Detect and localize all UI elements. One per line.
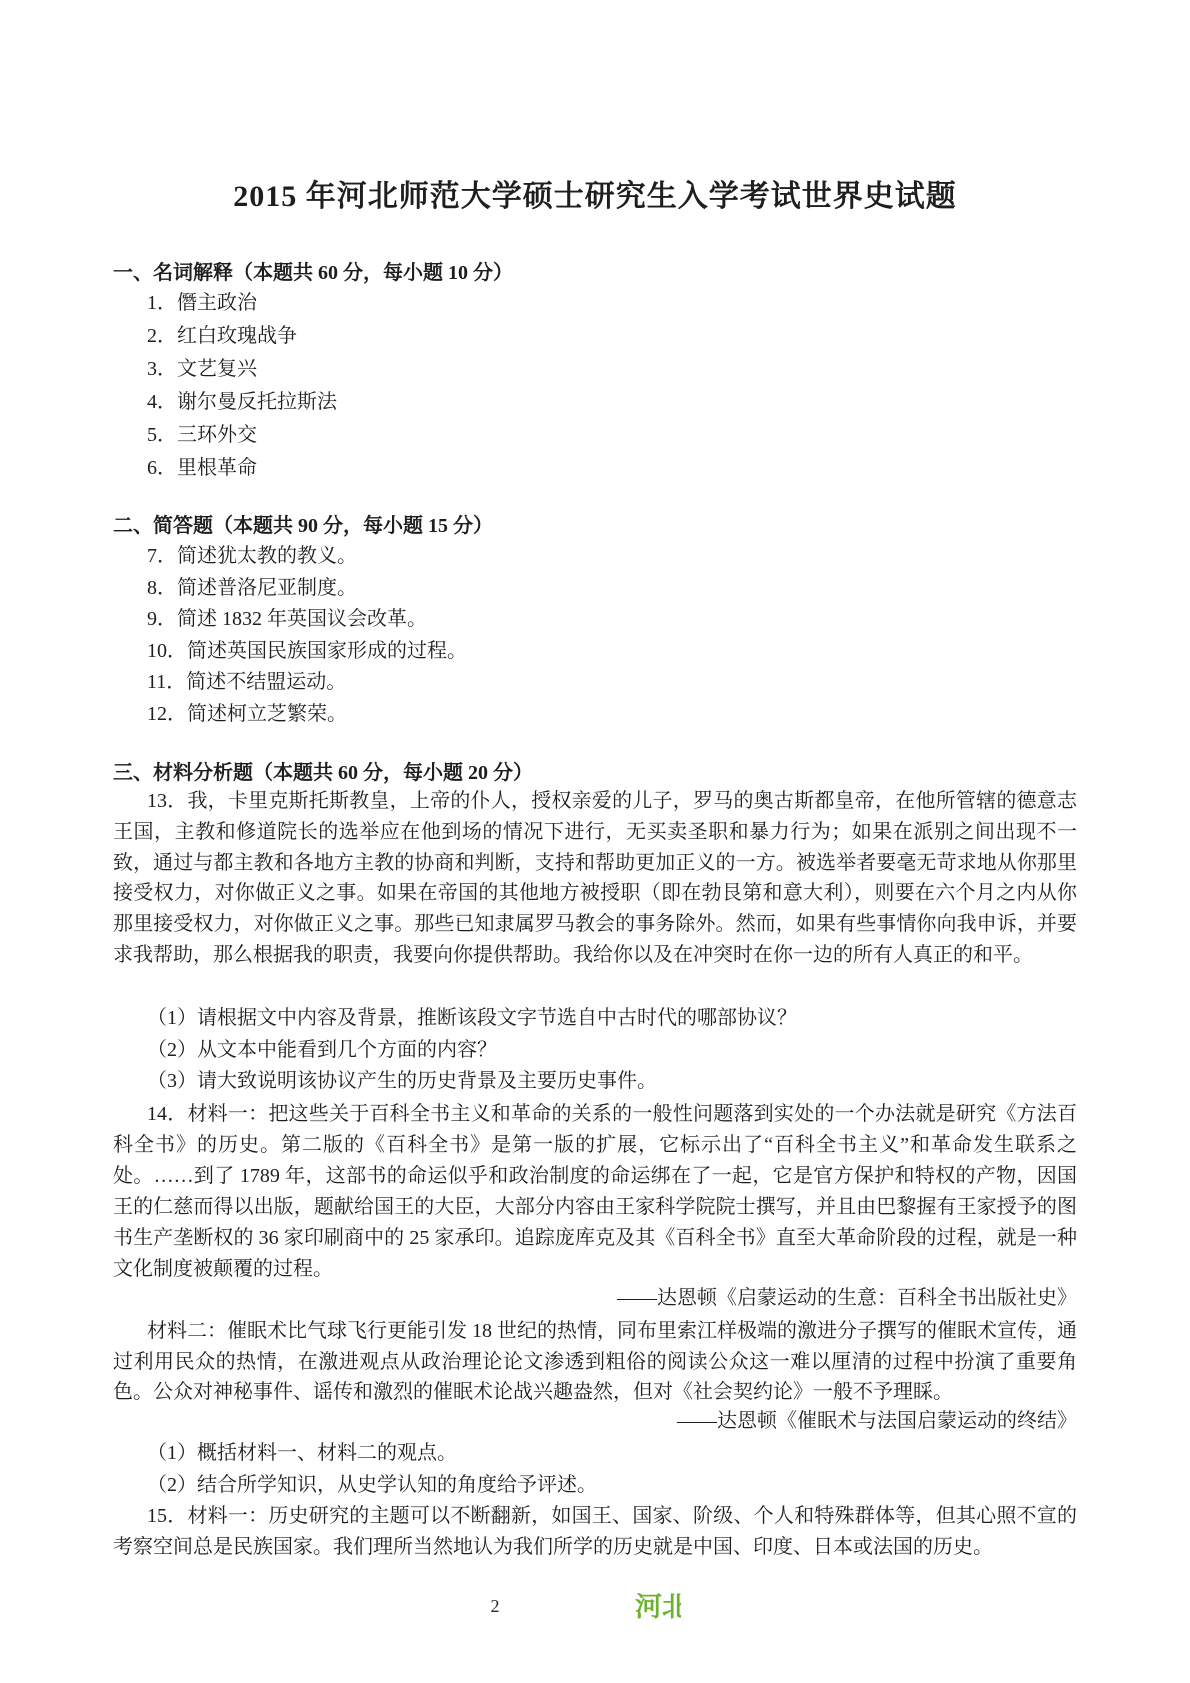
- page-title: 2015 年河北师范大学硕士研究生入学考试世界史试题: [0, 171, 1190, 215]
- page-number: 2: [435, 1596, 555, 1617]
- section-heading-short-answer: 二、简答题（本题共 90 分，每小题 15 分）: [113, 511, 1077, 542]
- question-14-material-2: 材料二：催眠术比气球飞行更能引发 18 世纪的热情，同布里索江样极端的激进分子撰…: [113, 1316, 1077, 1408]
- question-14-sub-2: （2）结合所学知识，从史学认知的角度给予评述。: [147, 1470, 1077, 1502]
- short-answer-item-9: 9．简述 1832 年英国议会改革。: [147, 604, 1077, 636]
- term-item-4: 4．谢尔曼反托拉斯法: [147, 386, 1077, 419]
- question-13-subquestions: （1）请根据文中内容及背景，推断该段文字节选自中古时代的哪部协议？ （2）从文本…: [113, 1003, 1077, 1098]
- watermark-text: 河北: [635, 1591, 681, 1625]
- section-heading-terms: 一、名词解释（本题共 60 分，每小题 10 分）: [113, 258, 1077, 289]
- short-answer-list: 7．简述犹太教的教义。 8．简述普洛尼亚制度。 9．简述 1832 年英国议会改…: [113, 541, 1077, 731]
- question-13-passage: 13．我，卡里克斯托斯教皇，上帝的仆人，授权亲爱的儿子，罗马的奥古斯都皇帝，在他…: [113, 786, 1077, 971]
- term-item-5: 5．三环外交: [147, 419, 1077, 452]
- term-item-2: 2．红白玫瑰战争: [147, 320, 1077, 353]
- question-13-sub-1: （1）请根据文中内容及背景，推断该段文字节选自中古时代的哪部协议？: [147, 1003, 1077, 1035]
- short-answer-item-11: 11．简述不结盟运动。: [147, 667, 1077, 699]
- question-13-sub-3: （3）请大致说明该协议产生的历史背景及主要历史事件。: [147, 1066, 1077, 1098]
- short-answer-item-8: 8．简述普洛尼亚制度。: [147, 573, 1077, 605]
- question-14-source-1: ——达恩顿《启蒙运动的生意：百科全书出版社史》: [113, 1283, 1077, 1314]
- short-answer-item-10: 10．简述英国民族国家形成的过程。: [147, 636, 1077, 668]
- question-14-sub-1: （1）概括材料一、材料二的观点。: [147, 1438, 1077, 1470]
- question-13-sub-2: （2）从文本中能看到几个方面的内容？: [147, 1035, 1077, 1067]
- question-15-material-1: 15．材料一：历史研究的主题可以不断翻新，如国王、国家、阶级、个人和特殊群体等，…: [113, 1501, 1077, 1563]
- section-heading-material-analysis: 三、材料分析题（本题共 60 分，每小题 20 分）: [113, 758, 1077, 789]
- question-14-subquestions: （1）概括材料一、材料二的观点。 （2）结合所学知识，从史学认知的角度给予评述。: [113, 1438, 1077, 1501]
- question-14-source-2: ——达恩顿《催眠术与法国启蒙运动的终结》: [113, 1406, 1077, 1437]
- term-item-1: 1．僭主政治: [147, 287, 1077, 320]
- term-item-6: 6．里根革命: [147, 452, 1077, 485]
- term-item-3: 3．文艺复兴: [147, 353, 1077, 386]
- short-answer-item-12: 12．简述柯立芝繁荣。: [147, 699, 1077, 731]
- short-answer-item-7: 7．简述犹太教的教义。: [147, 541, 1077, 573]
- exam-paper-page: 2015 年河北师范大学硕士研究生入学考试世界史试题 一、名词解释（本题共 60…: [0, 0, 1190, 1683]
- terms-list: 1．僭主政治 2．红白玫瑰战争 3．文艺复兴 4．谢尔曼反托拉斯法 5．三环外交…: [113, 287, 1077, 485]
- question-14-material-1: 14．材料一：把这些关于百科全书主义和革命的关系的一般性问题落到实处的一个办法就…: [113, 1099, 1077, 1285]
